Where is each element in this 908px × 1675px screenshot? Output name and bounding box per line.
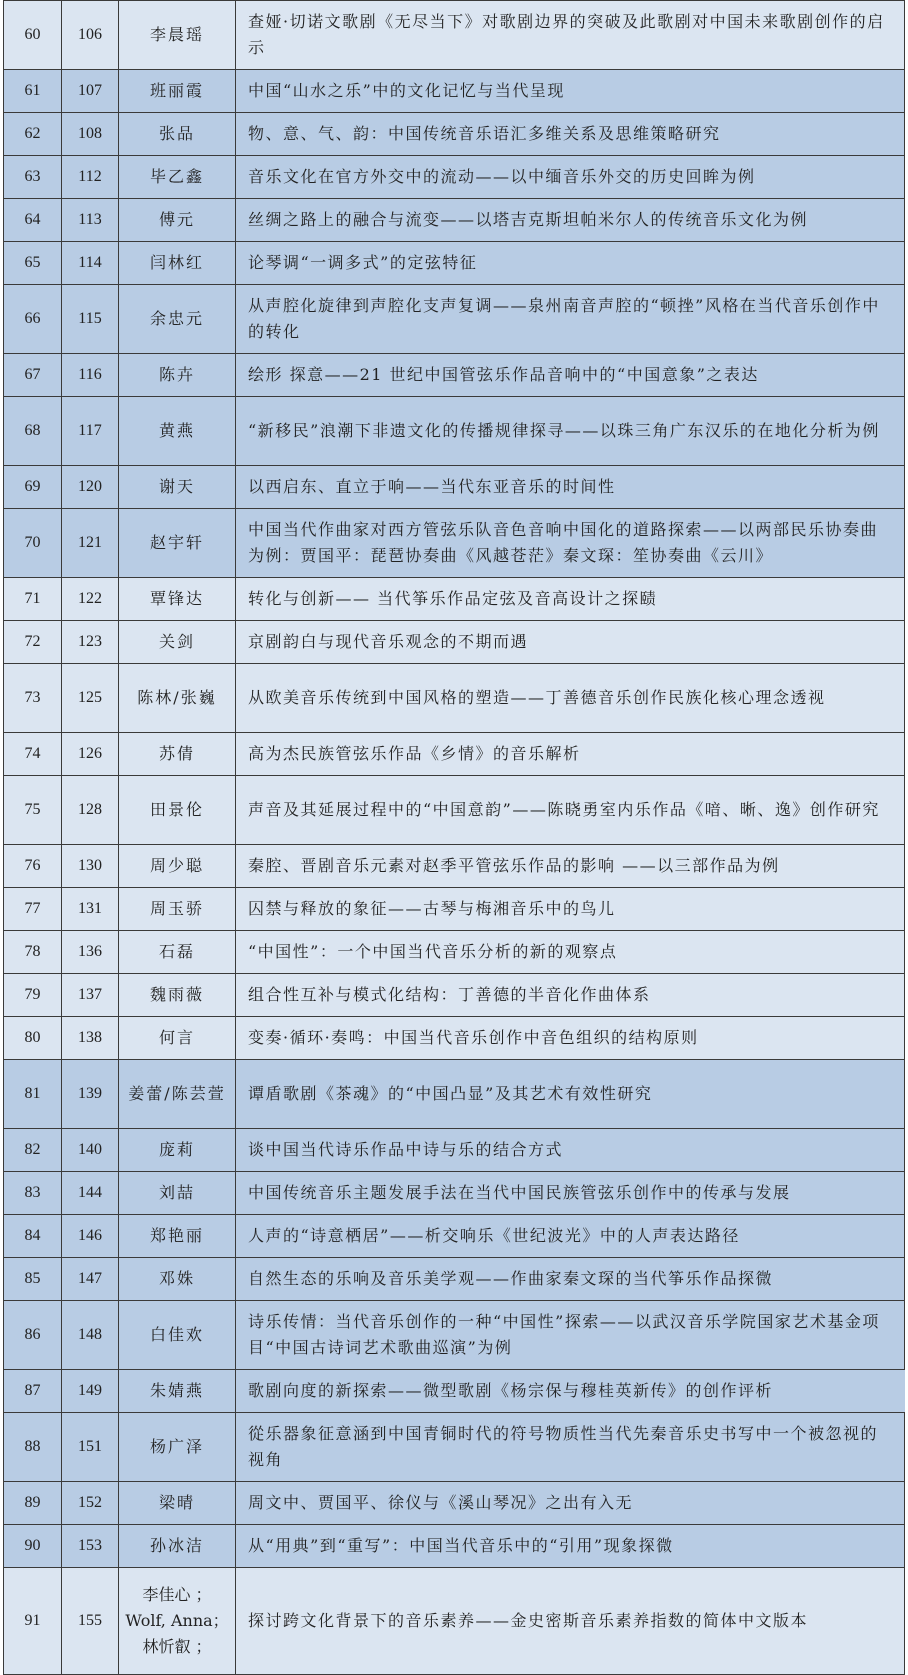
seq-cell: 70 xyxy=(4,509,62,578)
paper-id-cell: 126 xyxy=(62,733,119,776)
paper-id-cell: 148 xyxy=(62,1301,119,1370)
title-cell: 从欧美音乐传统到中国风格的塑造——丁善德音乐创作民族化核心理念透视 xyxy=(236,664,905,733)
paper-id-cell: 149 xyxy=(62,1370,119,1413)
title-cell: “新移民”浪潮下非遗文化的传播规律探寻——以珠三角广东汉乐的在地化分析为例 xyxy=(236,397,905,466)
table-body: 60 106 李晨瑶 查娅·切诺文歌剧《无尽当下》对歌剧边界的突破及此歌剧对中国… xyxy=(4,1,905,1501)
author-cell: 邓姝 xyxy=(119,1258,236,1301)
author-cell: 刘喆 xyxy=(119,1172,236,1215)
table-row: 80 138 何言 变奏·循环·奏鸣：中国当代音乐创作中音色组织的结构原则 xyxy=(4,1017,905,1060)
paper-id-cell: 120 xyxy=(62,466,119,509)
seq-cell: 67 xyxy=(4,354,62,397)
paper-id-cell: 140 xyxy=(62,1129,119,1172)
title-cell: 秦腔、晋剧音乐元素对赵季平管弦乐作品的影响 ——以三部作品为例 xyxy=(236,845,905,888)
table-row: 89 152 梁晴 周文中、贾国平、徐仪与《溪山琴况》之出有入无 xyxy=(4,1482,905,1501)
title-cell: 诗乐传情：当代音乐创作的一种“中国性”探索——以武汉音乐学院国家艺术基金项目“中… xyxy=(236,1301,905,1370)
seq-cell: 87 xyxy=(4,1370,62,1413)
seq-cell: 69 xyxy=(4,466,62,509)
table-row: 82 140 庞莉 谈中国当代诗乐作品中诗与乐的结合方式 xyxy=(4,1129,905,1172)
author-cell: 朱婧燕 xyxy=(119,1370,236,1413)
table-row: 69 120 谢天 以西启东、直立于响——当代东亚音乐的时间性 xyxy=(4,466,905,509)
paper-id-cell: 122 xyxy=(62,578,119,621)
paper-id-cell: 107 xyxy=(62,70,119,113)
paper-id-cell: 137 xyxy=(62,974,119,1017)
paper-list-table: 60 106 李晨瑶 查娅·切诺文歌剧《无尽当下》对歌剧边界的突破及此歌剧对中国… xyxy=(3,0,905,1500)
seq-cell: 80 xyxy=(4,1017,62,1060)
table-row: 87 149 朱婧燕 歌剧向度的新探索——微型歌剧《杨宗保与穆桂英新传》的创作评… xyxy=(4,1370,905,1413)
author-cell: 庞莉 xyxy=(119,1129,236,1172)
paper-id-cell: 146 xyxy=(62,1215,119,1258)
title-cell: 转化与创新—— 当代筝乐作品定弦及音高设计之探赜 xyxy=(236,578,905,621)
table-row: 86 148 白佳欢 诗乐传情：当代音乐创作的一种“中国性”探索——以武汉音乐学… xyxy=(4,1301,905,1370)
paper-id-cell: 128 xyxy=(62,776,119,845)
author-cell: 周玉骄 xyxy=(119,888,236,931)
paper-id-cell: 138 xyxy=(62,1017,119,1060)
author-cell: 周少聪 xyxy=(119,845,236,888)
seq-cell: 74 xyxy=(4,733,62,776)
author-cell: 姜蕾/陈芸萱 xyxy=(119,1060,236,1129)
title-cell: 丝绸之路上的融合与流变——以塔吉克斯坦帕米尔人的传统音乐文化为例 xyxy=(236,199,905,242)
seq-cell: 78 xyxy=(4,931,62,974)
title-cell: 周文中、贾国平、徐仪与《溪山琴况》之出有入无 xyxy=(236,1482,905,1501)
title-cell: 人声的“诗意栖居”——析交响乐《世纪波光》中的人声表达路径 xyxy=(236,1215,905,1258)
title-cell: 歌剧向度的新探索——微型歌剧《杨宗保与穆桂英新传》的创作评析 xyxy=(236,1370,905,1413)
table-row: 81 139 姜蕾/陈芸萱 谭盾歌剧《茶魂》的“中国凸显”及其艺术有效性研究 xyxy=(4,1060,905,1129)
author-cell: 毕乙鑫 xyxy=(119,156,236,199)
seq-cell: 84 xyxy=(4,1215,62,1258)
author-cell: 石磊 xyxy=(119,931,236,974)
title-cell: 囚禁与释放的象征——古琴与梅湘音乐中的鸟儿 xyxy=(236,888,905,931)
paper-id-cell: 136 xyxy=(62,931,119,974)
author-cell: 张品 xyxy=(119,113,236,156)
seq-cell: 71 xyxy=(4,578,62,621)
table-row: 61 107 班丽霞 中国“山水之乐”中的文化记忆与当代呈现 xyxy=(4,70,905,113)
author-cell: 白佳欢 xyxy=(119,1301,236,1370)
author-cell: 郑艳丽 xyxy=(119,1215,236,1258)
seq-cell: 83 xyxy=(4,1172,62,1215)
author-cell: 班丽霞 xyxy=(119,70,236,113)
author-cell: 赵宇轩 xyxy=(119,509,236,578)
title-cell: “中国性”：一个中国当代音乐分析的新的观察点 xyxy=(236,931,905,974)
table-row: 65 114 闫林红 论琴调“一调多式”的定弦特征 xyxy=(4,242,905,285)
table-row: 71 122 覃锋达 转化与创新—— 当代筝乐作品定弦及音高设计之探赜 xyxy=(4,578,905,621)
paper-id-cell: 106 xyxy=(62,1,119,70)
author-cell: 傅元 xyxy=(119,199,236,242)
title-cell: 音乐文化在官方外交中的流动——以中缅音乐外交的历史回眸为例 xyxy=(236,156,905,199)
title-cell: 组合性互补与模式化结构：丁善德的半音化作曲体系 xyxy=(236,974,905,1017)
author-cell: 李晨瑶 xyxy=(119,1,236,70)
table-row: 72 123 关剑 京剧韵白与现代音乐观念的不期而遇 xyxy=(4,621,905,664)
seq-cell: 81 xyxy=(4,1060,62,1129)
table-row: 88 151 杨广泽 從乐器象征意涵到中国青铜时代的符号物质性当代先秦音乐史书写… xyxy=(4,1413,905,1482)
author-cell: 关剑 xyxy=(119,621,236,664)
seq-cell: 61 xyxy=(4,70,62,113)
table-row: 84 146 郑艳丽 人声的“诗意栖居”——析交响乐《世纪波光》中的人声表达路径 xyxy=(4,1215,905,1258)
table-row: 77 131 周玉骄 囚禁与释放的象征——古琴与梅湘音乐中的鸟儿 xyxy=(4,888,905,931)
paper-id-cell: 147 xyxy=(62,1258,119,1301)
seq-cell: 65 xyxy=(4,242,62,285)
author-cell: 陈林/张巍 xyxy=(119,664,236,733)
paper-id-cell: 113 xyxy=(62,199,119,242)
table-row: 63 112 毕乙鑫 音乐文化在官方外交中的流动——以中缅音乐外交的历史回眸为例 xyxy=(4,156,905,199)
title-cell: 自然生态的乐响及音乐美学观——作曲家秦文琛的当代筝乐作品探微 xyxy=(236,1258,905,1301)
title-cell: 物、意、气、韵：中国传统音乐语汇多维关系及思维策略研究 xyxy=(236,113,905,156)
table-row: 66 115 余忠元 从声腔化旋律到声腔化支声复调——泉州南音声腔的“顿挫”风格… xyxy=(4,285,905,354)
title-cell: 京剧韵白与现代音乐观念的不期而遇 xyxy=(236,621,905,664)
title-cell: 谭盾歌剧《茶魂》的“中国凸显”及其艺术有效性研究 xyxy=(236,1060,905,1129)
author-cell: 梁晴 xyxy=(119,1482,236,1501)
seq-cell: 77 xyxy=(4,888,62,931)
paper-id-cell: 152 xyxy=(62,1482,119,1501)
paper-id-cell: 125 xyxy=(62,664,119,733)
seq-cell: 85 xyxy=(4,1258,62,1301)
author-cell: 魏雨薇 xyxy=(119,974,236,1017)
seq-cell: 76 xyxy=(4,845,62,888)
author-cell: 余忠元 xyxy=(119,285,236,354)
author-cell: 黄燕 xyxy=(119,397,236,466)
title-cell: 中国“山水之乐”中的文化记忆与当代呈现 xyxy=(236,70,905,113)
table-row: 67 116 陈卉 绘形 探意——21 世纪中国管弦乐作品音响中的“中国意象”之… xyxy=(4,354,905,397)
table-row: 76 130 周少聪 秦腔、晋剧音乐元素对赵季平管弦乐作品的影响 ——以三部作品… xyxy=(4,845,905,888)
paper-id-cell: 131 xyxy=(62,888,119,931)
seq-cell: 73 xyxy=(4,664,62,733)
paper-id-cell: 121 xyxy=(62,509,119,578)
title-cell: 以西启东、直立于响——当代东亚音乐的时间性 xyxy=(236,466,905,509)
title-cell: 高为杰民族管弦乐作品《乡情》的音乐解析 xyxy=(236,733,905,776)
title-cell: 变奏·循环·奏鸣：中国当代音乐创作中音色组织的结构原则 xyxy=(236,1017,905,1060)
title-cell: 查娅·切诺文歌剧《无尽当下》对歌剧边界的突破及此歌剧对中国未来歌剧创作的启示 xyxy=(236,1,905,70)
seq-cell: 62 xyxy=(4,113,62,156)
seq-cell: 89 xyxy=(4,1482,62,1501)
seq-cell: 79 xyxy=(4,974,62,1017)
title-cell: 從乐器象征意涵到中国青铜时代的符号物质性当代先秦音乐史书写中一个被忽视的视角 xyxy=(236,1413,905,1482)
paper-id-cell: 144 xyxy=(62,1172,119,1215)
paper-id-cell: 130 xyxy=(62,845,119,888)
seq-cell: 82 xyxy=(4,1129,62,1172)
table-row: 78 136 石磊 “中国性”：一个中国当代音乐分析的新的观察点 xyxy=(4,931,905,974)
seq-cell: 88 xyxy=(4,1413,62,1482)
table-row: 60 106 李晨瑶 查娅·切诺文歌剧《无尽当下》对歌剧边界的突破及此歌剧对中国… xyxy=(4,1,905,70)
seq-cell: 64 xyxy=(4,199,62,242)
author-cell: 田景伦 xyxy=(119,776,236,845)
table-row: 79 137 魏雨薇 组合性互补与模式化结构：丁善德的半音化作曲体系 xyxy=(4,974,905,1017)
seq-cell: 66 xyxy=(4,285,62,354)
seq-cell: 86 xyxy=(4,1301,62,1370)
title-cell: 从声腔化旋律到声腔化支声复调——泉州南音声腔的“顿挫”风格在当代音乐创作中的转化 xyxy=(236,285,905,354)
table-row: 68 117 黄燕 “新移民”浪潮下非遗文化的传播规律探寻——以珠三角广东汉乐的… xyxy=(4,397,905,466)
table-row: 64 113 傅元 丝绸之路上的融合与流变——以塔吉克斯坦帕米尔人的传统音乐文化… xyxy=(4,199,905,242)
paper-id-cell: 139 xyxy=(62,1060,119,1129)
author-cell: 杨广泽 xyxy=(119,1413,236,1482)
seq-cell: 60 xyxy=(4,1,62,70)
author-cell: 闫林红 xyxy=(119,242,236,285)
author-cell: 陈卉 xyxy=(119,354,236,397)
paper-id-cell: 116 xyxy=(62,354,119,397)
title-cell: 绘形 探意——21 世纪中国管弦乐作品音响中的“中国意象”之表达 xyxy=(236,354,905,397)
author-cell: 何言 xyxy=(119,1017,236,1060)
table-row: 70 121 赵宇轩 中国当代作曲家对西方管弦乐队音色音响中国化的道路探索——以… xyxy=(4,509,905,578)
paper-id-cell: 117 xyxy=(62,397,119,466)
table-row: 73 125 陈林/张巍 从欧美音乐传统到中国风格的塑造——丁善德音乐创作民族化… xyxy=(4,664,905,733)
seq-cell: 63 xyxy=(4,156,62,199)
seq-cell: 68 xyxy=(4,397,62,466)
paper-id-cell: 151 xyxy=(62,1413,119,1482)
table-row: 85 147 邓姝 自然生态的乐响及音乐美学观——作曲家秦文琛的当代筝乐作品探微 xyxy=(4,1258,905,1301)
title-cell: 声音及其延展过程中的“中国意韵”——陈晓勇室内乐作品《喑、晰、逸》创作研究 xyxy=(236,776,905,845)
title-cell: 中国传统音乐主题发展手法在当代中国民族管弦乐创作中的传承与发展 xyxy=(236,1172,905,1215)
paper-id-cell: 123 xyxy=(62,621,119,664)
table-row: 74 126 苏倩 高为杰民族管弦乐作品《乡情》的音乐解析 xyxy=(4,733,905,776)
seq-cell: 72 xyxy=(4,621,62,664)
seq-cell: 75 xyxy=(4,776,62,845)
paper-id-cell: 108 xyxy=(62,113,119,156)
table-row: 83 144 刘喆 中国传统音乐主题发展手法在当代中国民族管弦乐创作中的传承与发… xyxy=(4,1172,905,1215)
table-row: 75 128 田景伦 声音及其延展过程中的“中国意韵”——陈晓勇室内乐作品《喑、… xyxy=(4,776,905,845)
author-cell: 谢天 xyxy=(119,466,236,509)
paper-id-cell: 115 xyxy=(62,285,119,354)
paper-id-cell: 114 xyxy=(62,242,119,285)
paper-id-cell: 112 xyxy=(62,156,119,199)
author-cell: 苏倩 xyxy=(119,733,236,776)
title-cell: 论琴调“一调多式”的定弦特征 xyxy=(236,242,905,285)
title-cell: 谈中国当代诗乐作品中诗与乐的结合方式 xyxy=(236,1129,905,1172)
title-cell: 中国当代作曲家对西方管弦乐队音色音响中国化的道路探索——以两部民乐协奏曲为例：贾… xyxy=(236,509,905,578)
table-row: 62 108 张品 物、意、气、韵：中国传统音乐语汇多维关系及思维策略研究 xyxy=(4,113,905,156)
author-cell: 覃锋达 xyxy=(119,578,236,621)
